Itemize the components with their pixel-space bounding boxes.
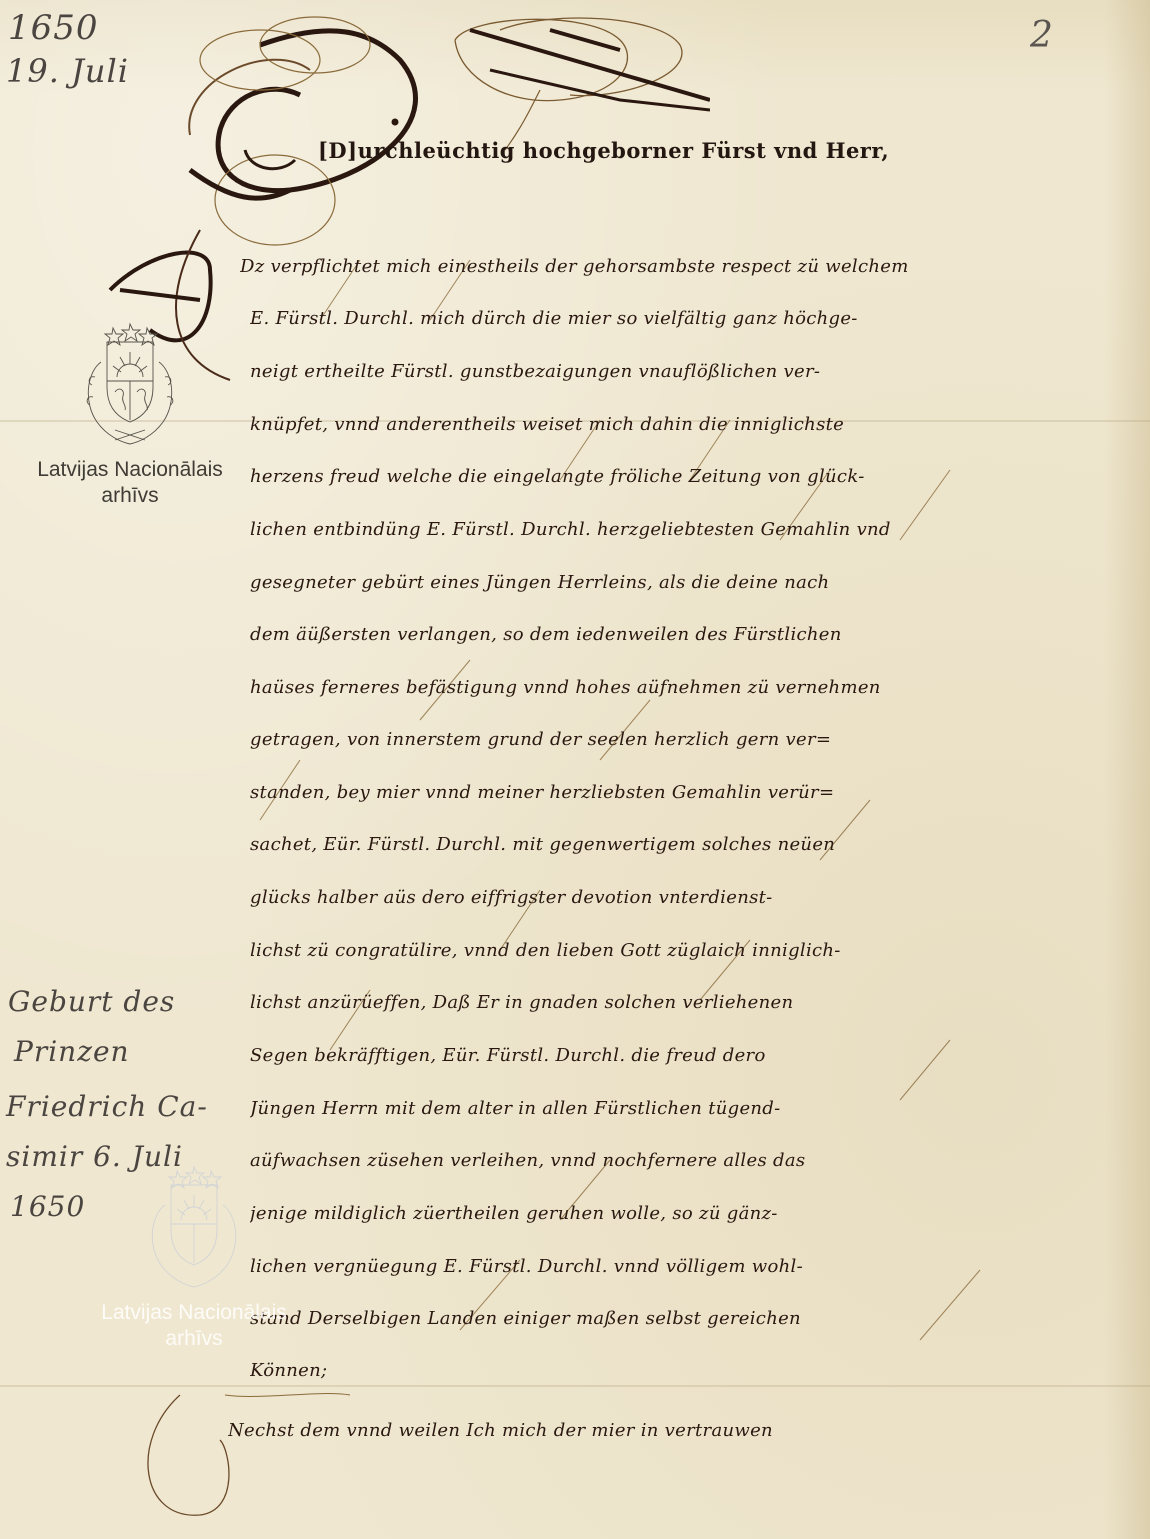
body-line-19: jenige mildiglich züertheilen geruhen wo… — [250, 1203, 1130, 1224]
page-number: 2 — [1030, 15, 1053, 56]
body-line-7: gesegneter gebürt eines Jüngen Herrleins… — [250, 572, 1130, 593]
watermark-line-1: Latvijas Nacionālais — [74, 1300, 314, 1326]
margin-note-year: 1650 — [8, 8, 99, 48]
body-line-13: glücks halber aüs dero eiffrigster devot… — [250, 887, 1130, 908]
body-line-14: lichst zü congratülire, vnnd den lieben … — [250, 940, 1130, 961]
latvian-coat-of-arms-icon — [75, 322, 185, 452]
body-line-6: lichen entbindüng E. Fürstl. Durchl. her… — [250, 519, 1130, 540]
body-line-21: stand Derselbigen Landen einiger maßen s… — [250, 1308, 1130, 1329]
body-line-22: Können; — [250, 1360, 1130, 1381]
body-line-9: haüses ferneres befästigung vnnd hohes a… — [250, 677, 1130, 698]
body-line-5: herzens freud welche die eingelangte frö… — [250, 466, 1130, 487]
body-line-2: E. Fürstl. Durchl. mich dürch die mier s… — [250, 308, 1130, 329]
watermark-line-2: arhīvs — [10, 483, 250, 509]
margin-note-line-1: Geburt des — [8, 985, 175, 1018]
latvian-coat-of-arms-icon — [139, 1165, 249, 1295]
ornamental-initial-icon — [150, 0, 710, 260]
salutation: [D]urchleüchtig hochgeborner Fürst vnd H… — [318, 138, 889, 163]
body-line-10: getragen, von innerstem grund der seelen… — [250, 729, 1130, 750]
body-line-1: Dz verpflichtet mich einestheils der geh… — [240, 256, 1120, 277]
body-line-16: Segen bekräfftigen, Eür. Fürstl. Durchl.… — [250, 1045, 1130, 1066]
margin-note-line-3: Friedrich Ca- — [6, 1090, 208, 1123]
watermark-line-1: Latvijas Nacionālais — [10, 457, 250, 483]
body-line-15: lichst anzürüeffen, Daß Er in gnaden sol… — [250, 992, 1130, 1013]
paper-fold — [0, 1385, 1150, 1387]
body-line-8: dem äüßersten verlangen, so dem iedenwei… — [250, 624, 1130, 645]
margin-note-line-2: Prinzen — [14, 1035, 130, 1068]
body-line-12: sachet, Eür. Fürstl. Durchl. mit gegenwe… — [250, 834, 1130, 855]
archive-watermark-faint: Latvijas Nacionālais arhīvs — [74, 1165, 314, 1352]
body-line-17: Jüngen Herrn mit dem alter in allen Fürs… — [250, 1098, 1130, 1119]
body-line-11: standen, bey mier vnnd meiner herzliebst… — [250, 782, 1130, 803]
archive-watermark: Latvijas Nacionālais arhīvs — [10, 322, 250, 509]
body-line-20: lichen vergnüegung E. Fürstl. Durchl. vn… — [250, 1256, 1130, 1277]
body-line-3: neigt ertheilte Fürstl. gunstbezaigungen… — [250, 361, 1130, 382]
watermark-line-2: arhīvs — [74, 1326, 314, 1352]
margin-note-date: 19. Juli — [6, 52, 129, 90]
closing-line: Nechst dem vnnd weilen Ich mich der mier… — [228, 1420, 1108, 1441]
body-line-18: aüfwachsen züsehen verleihen, vnnd nochf… — [250, 1150, 1130, 1171]
body-line-4: knüpfet, vnnd anderentheils weiset mich … — [250, 414, 1130, 435]
